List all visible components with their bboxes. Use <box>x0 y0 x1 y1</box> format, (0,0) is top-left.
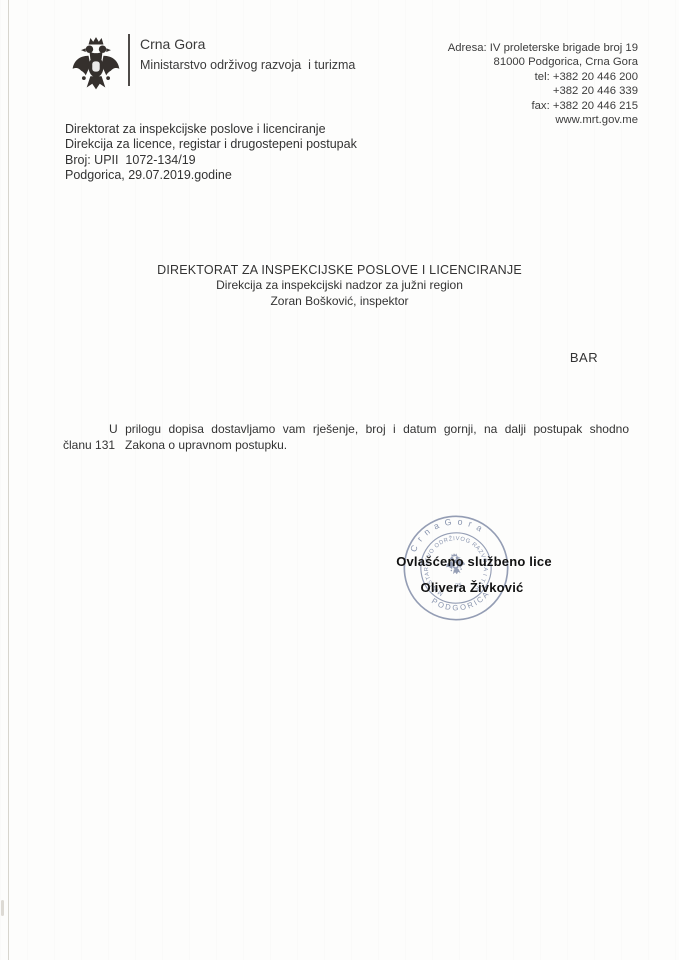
contact-tel2-line: +382 20 446 339 <box>448 84 638 98</box>
recipient-direction: Direkcija za inspekcijski nadzor za južn… <box>0 278 679 294</box>
recipient-inspector: Zoran Bošković, inspektor <box>0 294 679 310</box>
scan-speck-artifact <box>1 900 4 916</box>
body-line-1: U prilogu dopisa dostavljamo vam rješenj… <box>63 422 629 438</box>
contact-city-line: 81000 Podgorica, Crna Gora <box>448 55 638 69</box>
sender-direction: Direkcija za licence, registar i drugost… <box>65 137 357 152</box>
body-line-2: članu 131 Zakona o upravnom postupku. <box>63 438 629 454</box>
header-ministry-name: Ministarstvo održivog razvoja i turizma <box>140 58 355 72</box>
header-divider <box>128 34 130 86</box>
signature-name: Olivera Živković <box>374 580 570 595</box>
recipient-city: BAR <box>560 350 608 365</box>
scan-edge-artifact <box>8 0 9 960</box>
recipient-block: DIREKTORAT ZA INSPEKCIJSKE POSLOVE I LIC… <box>0 262 679 309</box>
scanned-letter-page: Crna Gora Ministarstvo održivog razvoja … <box>0 0 679 960</box>
signature-role: Ovlašćeno službeno lice <box>374 554 574 569</box>
header-contact-block: Adresa: IV proleterske brigade broj 19 8… <box>448 41 638 127</box>
contact-address-line: Adresa: IV proleterske brigade broj 19 <box>448 41 638 55</box>
body-paragraph: U prilogu dopisa dostavljamo vam rješenj… <box>63 422 629 453</box>
sender-case-number: Broj: UPII 1072-134/19 <box>65 153 357 168</box>
contact-website: www.mrt.gov.me <box>448 113 638 127</box>
sender-place-date: Podgorica, 29.07.2019.godine <box>65 168 357 183</box>
contact-tel-line: tel: +382 20 446 200 <box>448 70 638 84</box>
montenegro-coat-of-arms-icon <box>68 32 124 105</box>
contact-fax-line: fax: +382 20 446 215 <box>448 99 638 113</box>
sender-directorate: Direktorat za inspekcijske poslove i lic… <box>65 122 357 137</box>
recipient-directorate: DIREKTORAT ZA INSPEKCIJSKE POSLOVE I LIC… <box>0 262 679 278</box>
header-country: Crna Gora <box>140 36 205 52</box>
sender-block: Direktorat za inspekcijske poslove i lic… <box>65 122 357 184</box>
